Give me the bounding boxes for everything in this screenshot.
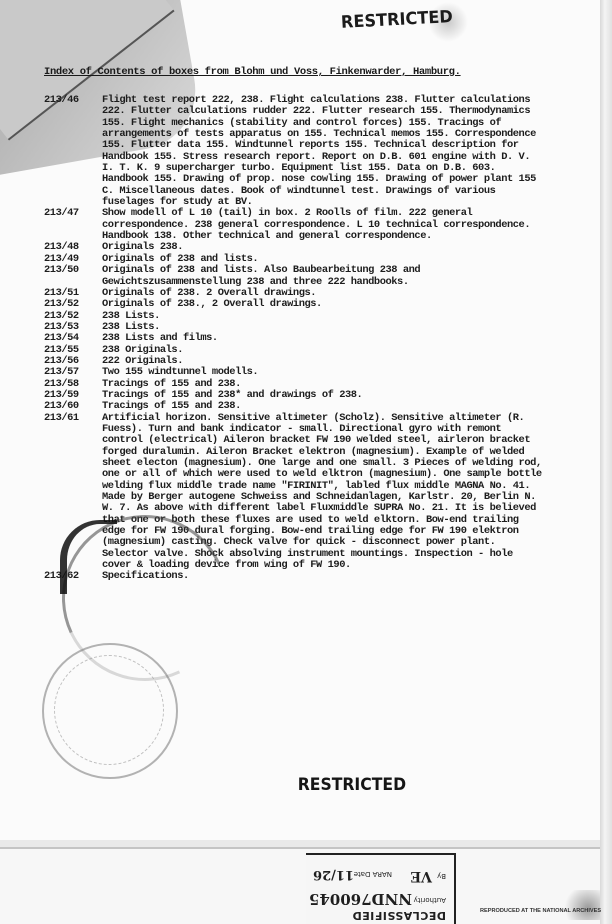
authority-number: NND760045 [309,890,412,908]
box-contents-list: 213/46Flight test report 222, 238. Fligh… [44,95,544,583]
box-number: 213/54 [44,333,102,344]
scan-smudge [560,890,600,920]
box-entry: 213/46Flight test report 222, 238. Fligh… [44,95,544,208]
authority-label: Authority [414,896,446,904]
restricted-stamp-bottom: RESTRICTED [298,775,406,795]
box-entry: 213/47Show modell of L 10 (tail) in box.… [44,208,544,242]
reproduction-note: REPRODUCED AT THE NATIONAL ARCHIVES [480,908,601,914]
circular-stamp-lower-ring [54,655,164,765]
box-number: 213/50 [44,265,102,288]
by-initials: VE [410,868,432,884]
box-number: 213/46 [44,95,102,208]
document-page: Box No. 213/46 213/62 RESTRICTED Index o… [0,0,600,840]
box-entry: 213/60Tracings of 155 and 238. [44,401,544,412]
box-number: 213/57 [44,367,102,378]
document-title: Index of Contents of boxes from Blohm un… [44,66,461,78]
by-label: By [437,872,446,880]
box-contents: Show modell of L 10 (tail) in box. 2 Roo… [102,208,544,242]
box-entry: 213/54238 Lists and films. [44,333,544,344]
box-contents: Flight test report 222, 238. Flight calc… [102,95,544,208]
declassification-stamp: DECLASSIFIED Authority NND760045 By VE N… [306,853,456,924]
box-number: 213/52 [44,299,102,310]
nara-date: 11/26 [313,867,354,882]
box-contents: Two 155 windtunnel modells. [102,367,544,378]
box-entry: 213/50Originals of 238 and lists. Also B… [44,265,544,288]
box-contents: Originals of 238., 2 Overall drawings. [102,299,544,310]
box-number: 213/47 [44,208,102,242]
box-contents: 238 Lists and films. [102,333,544,344]
box-contents: 238 Lists. [102,311,544,322]
box-entry: 213/57Two 155 windtunnel modells. [44,367,544,378]
box-entry: 213/52Originals of 238., 2 Overall drawi… [44,299,544,310]
box-contents: Originals of 238 and lists. Also Baubear… [102,265,544,288]
scan-right-edge [600,0,612,924]
box-number: 213/60 [44,401,102,412]
nara-date-label: NARA Date [354,870,392,878]
box-contents: Tracings of 155 and 238. [102,401,544,412]
declassified-label: DECLASSIFIED [352,909,446,922]
